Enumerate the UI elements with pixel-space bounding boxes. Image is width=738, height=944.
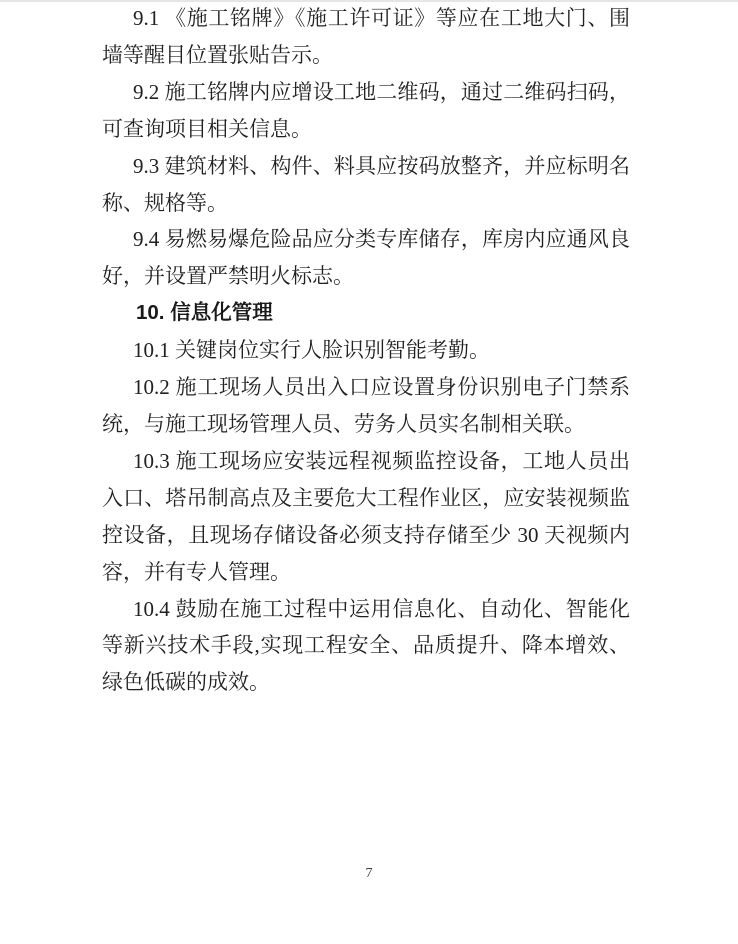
paragraph-9-4: 9.4 易燃易爆危险品应分类专库储存，库房内应通风良好，并设置严禁明火标志。	[102, 221, 630, 295]
document-page: 9.1 《施工铭牌》《施工许可证》等应在工地大门、围墙等醒目位置张贴告示。 9.…	[0, 0, 738, 944]
paragraph-9-2: 9.2 施工铭牌内应增设工地二维码，通过二维码扫码，可查询项目相关信息。	[102, 74, 630, 148]
paragraph-10-4: 10.4 鼓励在施工过程中运用信息化、自动化、智能化等新兴技术手段,实现工程安全…	[102, 591, 630, 702]
paragraph-10-1: 10.1 关键岗位实行人脸识别智能考勤。	[102, 332, 630, 369]
paragraph-10-3: 10.3 施工现场应安装远程视频监控设备，工地人员出入口、塔吊制高点及主要危大工…	[102, 443, 630, 591]
document-text-block: 9.1 《施工铭牌》《施工许可证》等应在工地大门、围墙等醒目位置张贴告示。 9.…	[102, 0, 630, 701]
paragraph-10-2: 10.2 施工现场人员出入口应设置身份识别电子门禁系统，与施工现场管理人员、劳务…	[102, 369, 630, 443]
paragraph-9-1: 9.1 《施工铭牌》《施工许可证》等应在工地大门、围墙等醒目位置张贴告示。	[102, 0, 630, 74]
section-heading-10: 10. 信息化管理	[102, 295, 630, 332]
paragraph-9-3: 9.3 建筑材料、构件、料具应按码放整齐，并应标明名称、规格等。	[102, 148, 630, 222]
page-number: 7	[0, 864, 738, 884]
